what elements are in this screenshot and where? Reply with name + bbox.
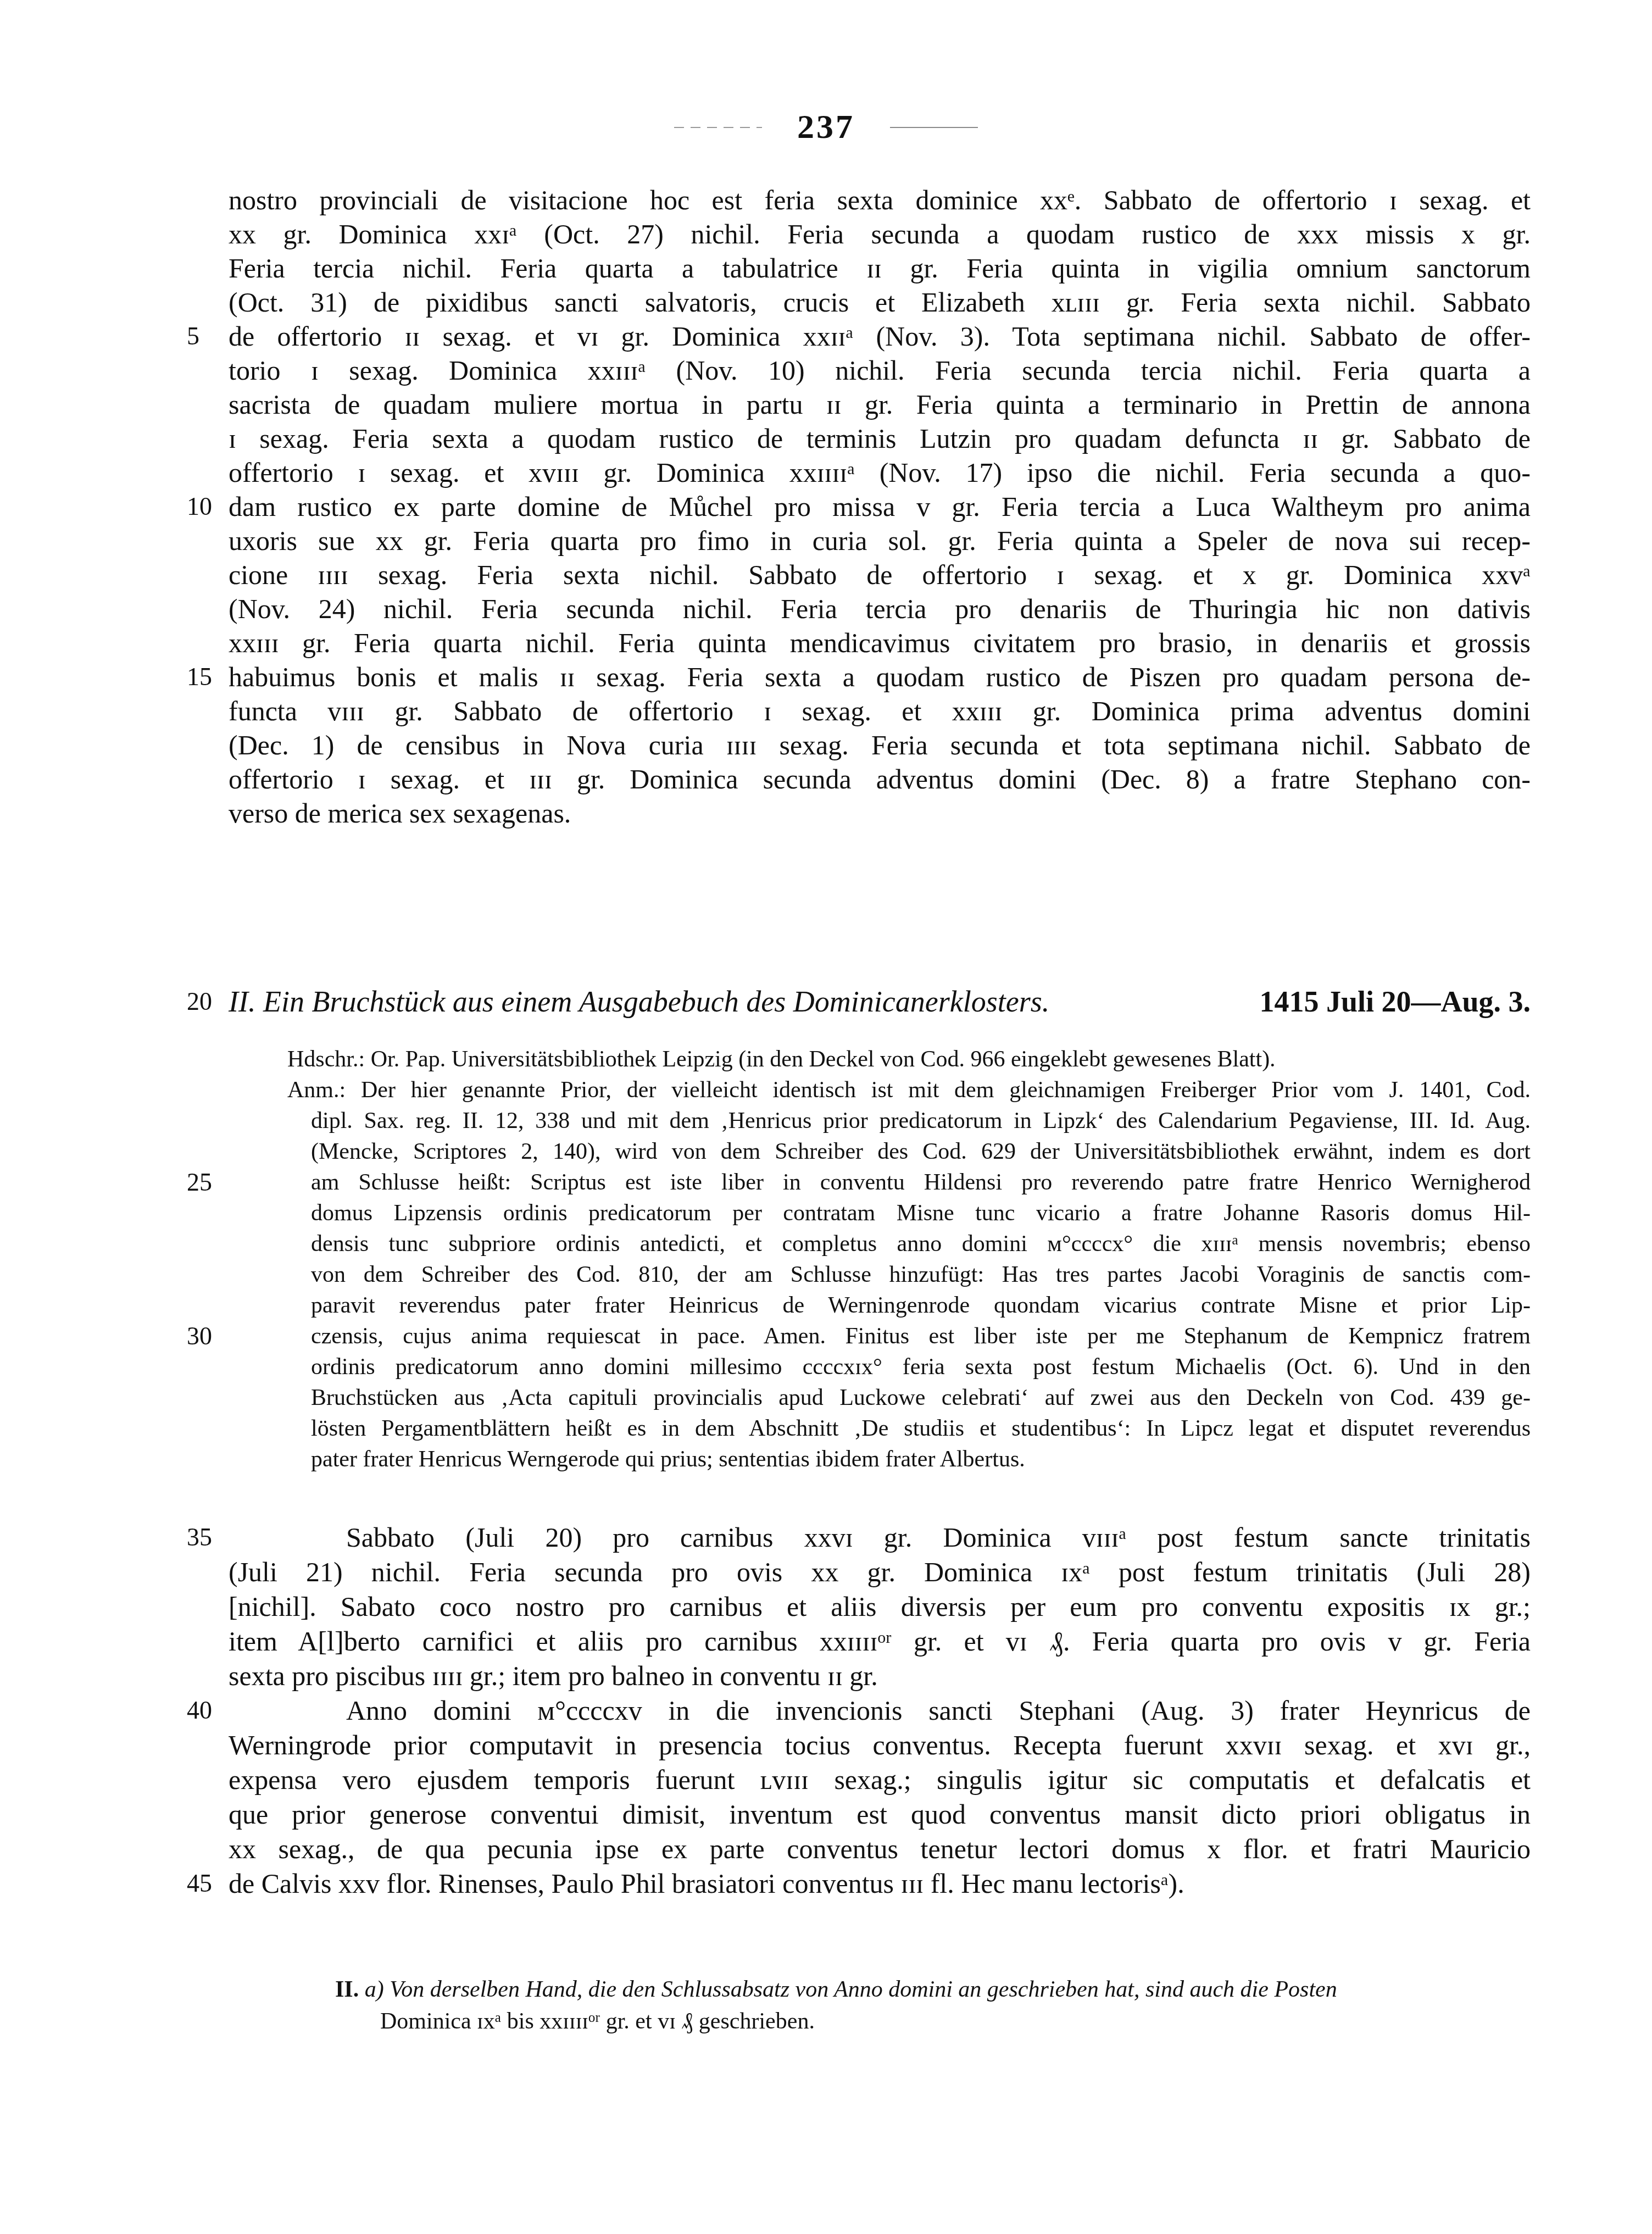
entry-line: [nichil]. Sabato coco nostro pro carnibu… bbox=[229, 1590, 1531, 1624]
footnote-line-2: Dominica ɪxᵃ bis xxɪɪɪɪᵒʳ gr. et vɪ ₰ ge… bbox=[380, 2005, 815, 2037]
note-line: am Schlusse heißt: Scriptus est iste lib… bbox=[311, 1167, 1531, 1198]
text-line: dam rustico ex parte domine de Můchel pr… bbox=[229, 490, 1531, 524]
text-line: xx gr. Dominica xxɪᵃ (Oct. 27) nichil. F… bbox=[229, 217, 1531, 251]
line-number: 35 bbox=[187, 1520, 212, 1554]
text-line: torio ɪ sexag. Dominica xxɪɪɪᵃ (Nov. 10)… bbox=[229, 353, 1531, 387]
entry-line: expensa vero ejusdem temporis fuerunt ʟv… bbox=[229, 1763, 1531, 1797]
note-line: von dem Schreiber des Cod. 810, der am S… bbox=[311, 1259, 1531, 1290]
note-line: Hdschr.: Or. Pap. Universitätsbibliothek… bbox=[287, 1044, 1531, 1075]
text-line: verso de merica sex sexagenas. bbox=[229, 796, 1531, 830]
entry-line: de Calvis xxv flor. Rinenses, Paulo Phil… bbox=[229, 1866, 1531, 1900]
line-number: 10 bbox=[187, 490, 212, 524]
text-line: Feria tercia nichil. Feria quarta a tabu… bbox=[229, 251, 1531, 285]
note-line: (Mencke, Scriptores 2, 140), wird von de… bbox=[311, 1136, 1531, 1167]
note-line: Bruchstücken aus ‚Acta capituli provinci… bbox=[311, 1382, 1531, 1413]
text-line: (Dec. 1) de censibus in Nova curia ɪɪɪɪ … bbox=[229, 728, 1531, 762]
text-line: (Oct. 31) de pixidibus sancti salvatoris… bbox=[229, 285, 1531, 319]
text-line: de offertorio ɪɪ sexag. et vɪ gr. Domini… bbox=[229, 319, 1531, 353]
footnote-text: a) Von derselben Hand, die den Schlussab… bbox=[365, 1977, 1337, 2002]
line-number: 40 bbox=[187, 1693, 212, 1727]
note-line: densis tunc subpriore ordinis antedicti,… bbox=[311, 1229, 1531, 1259]
text-line: functa vɪɪɪ gr. Sabbato de offertorio ɪ … bbox=[229, 694, 1531, 728]
footnote-line-1: II. a) Von derselben Hand, die den Schlu… bbox=[335, 1974, 1337, 2005]
line-number: 5 bbox=[187, 319, 199, 353]
text-line: (Nov. 24) nichil. Feria secunda nichil. … bbox=[229, 592, 1531, 626]
header-rule-right bbox=[890, 127, 978, 128]
text-line: nostro provinciali de visitacione hoc es… bbox=[229, 183, 1531, 217]
line-number: 30 bbox=[187, 1319, 212, 1353]
note-line: dipl. Sax. reg. II. 12, 338 und mit dem … bbox=[311, 1105, 1531, 1136]
header-rule-left bbox=[674, 127, 762, 128]
page-number: 237 bbox=[797, 108, 855, 147]
line-number: 45 bbox=[187, 1866, 212, 1900]
text-line: cione ɪɪɪɪ sexag. Feria sexta nichil. Sa… bbox=[229, 558, 1531, 592]
note-line: czensis, cujus anima requiescat in pace.… bbox=[311, 1321, 1531, 1352]
note-line: pater frater Henricus Werngerode qui pri… bbox=[311, 1444, 1531, 1475]
note-line: domus Lipzensis ordinis predicatorum per… bbox=[311, 1198, 1531, 1229]
section-title: II. Ein Bruchstück aus einem Ausgabebuch… bbox=[229, 985, 1049, 1018]
entry-line: Werningrode prior computavit in presenci… bbox=[229, 1728, 1531, 1762]
entry-line: xx sexag., de qua pecunia ipse ex parte … bbox=[229, 1832, 1531, 1866]
note-line: lösten Pergamentblättern heißt es in dem… bbox=[311, 1413, 1531, 1444]
line-number: 25 bbox=[187, 1165, 212, 1199]
note-line: Anm.: Der hier genannte Prior, der viell… bbox=[287, 1075, 1531, 1105]
section-heading: 20 II. Ein Bruchstück aus einem Ausgabeb… bbox=[229, 983, 1531, 1020]
text-line: sacrista de quadam muliere mortua in par… bbox=[229, 387, 1531, 421]
line-number: 15 bbox=[187, 660, 212, 694]
entry-line: que prior generose conventui dimisit, in… bbox=[229, 1797, 1531, 1831]
text-line: xxɪɪɪ gr. Feria quarta nichil. Feria qui… bbox=[229, 626, 1531, 660]
entry-line: sexta pro piscibus ɪɪɪɪ gr.; item pro ba… bbox=[229, 1659, 1531, 1693]
document-page: 237 nostro provinciali de visitacione ho… bbox=[0, 0, 1652, 2234]
text-line: offertorio ɪ sexag. et ɪɪɪ gr. Dominica … bbox=[229, 762, 1531, 796]
text-line: uxoris sue xx gr. Feria quarta pro fimo … bbox=[229, 524, 1531, 558]
note-line: paravit reverendus pater frater Heinricu… bbox=[311, 1290, 1531, 1321]
text-line: offertorio ɪ sexag. et xvɪɪɪ gr. Dominic… bbox=[229, 455, 1531, 490]
entry-line: Sabbato (Juli 20) pro carnibus xxvɪ gr. … bbox=[346, 1520, 1531, 1554]
entry-line: (Juli 21) nichil. Feria secunda pro ovis… bbox=[229, 1555, 1531, 1589]
footnote-marker: II. bbox=[335, 1977, 359, 2002]
entry-line: Anno domini ᴍ°ccccxv in die invencionis … bbox=[346, 1693, 1531, 1727]
text-line: habuimus bonis et malis ɪɪ sexag. Feria … bbox=[229, 660, 1531, 694]
text-line: ɪ sexag. Feria sexta a quodam rustico de… bbox=[229, 421, 1531, 455]
line-number: 20 bbox=[187, 985, 212, 1019]
page-header: 237 bbox=[0, 108, 1652, 147]
section-date: 1415 Juli 20—Aug. 3. bbox=[1259, 983, 1531, 1020]
entry-line: item A[l]berto carnifici et aliis pro ca… bbox=[229, 1624, 1531, 1658]
note-line: ordinis predicatorum anno domini millesi… bbox=[311, 1352, 1531, 1382]
